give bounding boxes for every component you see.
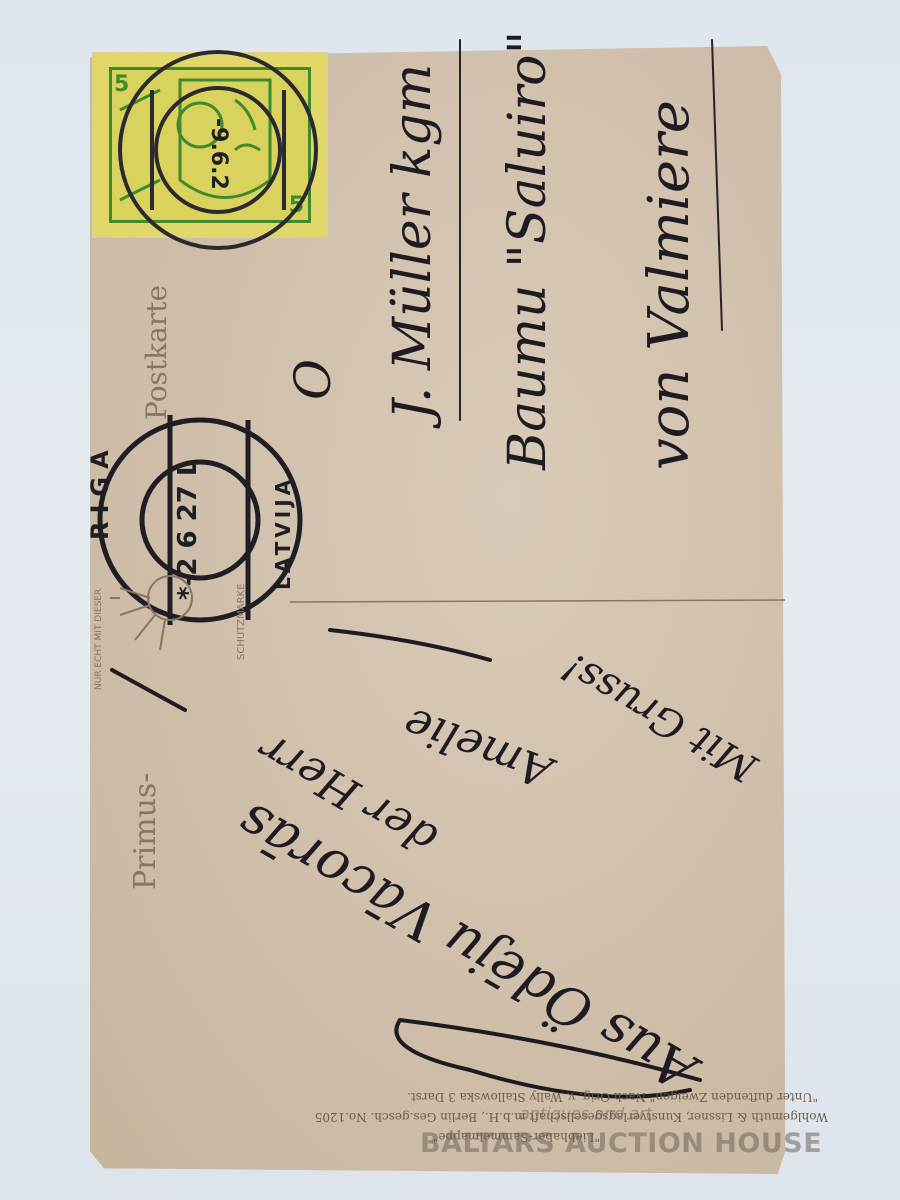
- protection-note: NUR ECHT MIT DIESER: [94, 589, 104, 690]
- publisher-line-2: Wohlgemuth & Lissner, Kunstverlagsgesell…: [108, 1110, 828, 1124]
- postage-stamp: 5 5: [92, 52, 328, 238]
- watermark-tagline: antiques and art: [520, 1104, 652, 1123]
- stamp-denomination: 5: [114, 72, 129, 97]
- brand-name: Primus-: [128, 773, 163, 890]
- stamp-design: 5 5: [109, 67, 311, 223]
- stamp-denomination-2: 5: [289, 193, 304, 218]
- card-heading: Postkarte: [140, 285, 173, 420]
- publisher-line-3: "Unter duftenden Zweigen" Nach Orig. v. …: [118, 1090, 818, 1104]
- watermark-logo: BALTARS AUCTION HOUSE: [420, 1128, 822, 1159]
- trademark-label: SCHUTZMARKE: [236, 584, 247, 660]
